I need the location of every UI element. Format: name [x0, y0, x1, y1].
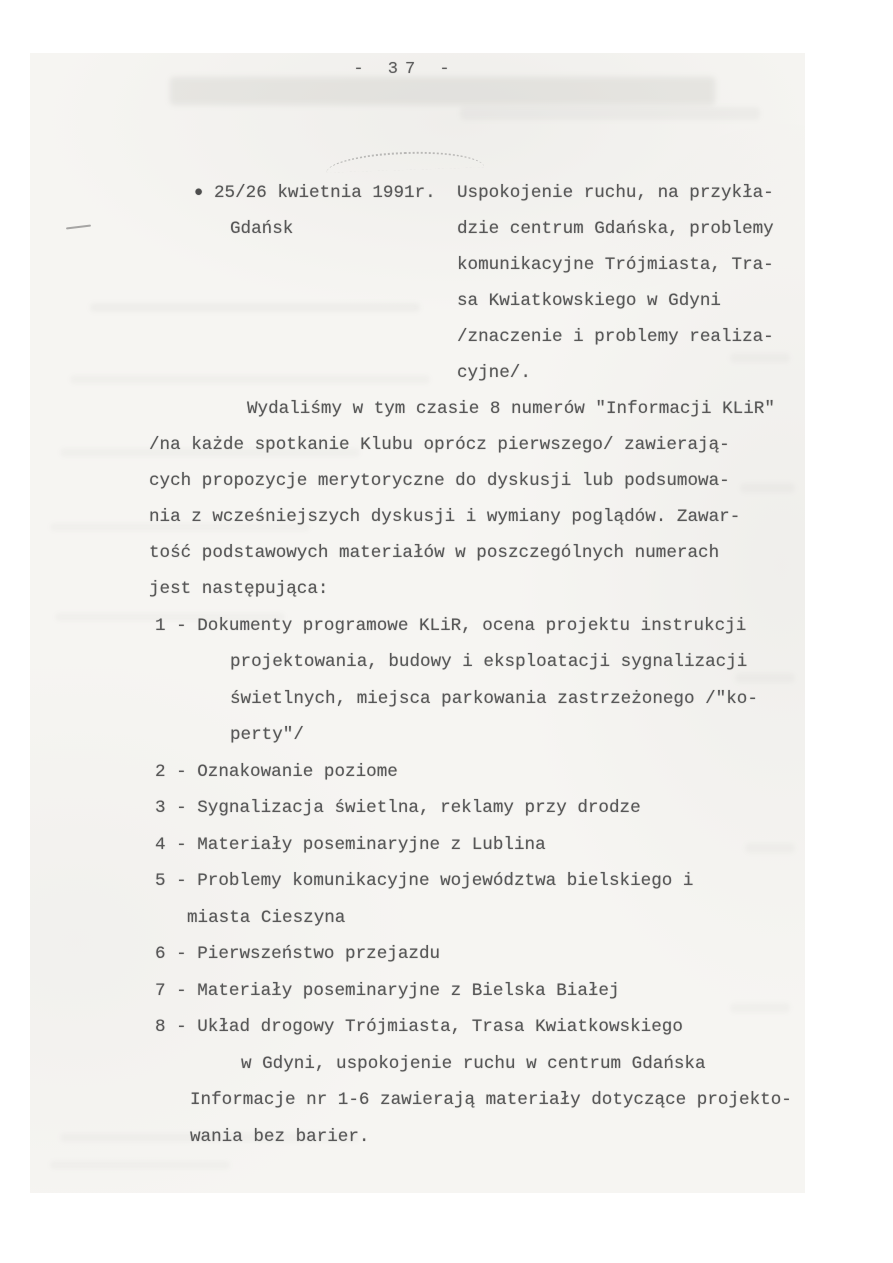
bleedthrough-artifact	[70, 375, 430, 384]
issue-line: świetlnych, miejsca parkowania zastrzeżo…	[230, 688, 758, 710]
bleedthrough-artifact	[745, 843, 795, 853]
issue-line: w Gdyni, uspokojenie ruchu w centrum Gda…	[241, 1053, 706, 1075]
issue-line: 3 - Sygnalizacja świetlna, reklamy przy …	[155, 797, 641, 819]
bleedthrough-artifact	[50, 1161, 230, 1169]
meeting-city: Gdańsk	[230, 218, 293, 240]
issue-line: 6 - Pierwszeństwo przejazdu	[155, 943, 440, 965]
issue-line: 5 - Problemy komunikacyjne województwa b…	[155, 870, 693, 892]
intro-line: tość podstawowych materiałów w poszczegó…	[149, 542, 719, 564]
scanned-document-viewport: - 37 - ● 25/26 kwietnia 1991r. Gdańsk Us…	[0, 0, 893, 1263]
margin-dash-mark	[66, 224, 91, 229]
issue-line: 8 - Układ drogowy Trójmiasta, Trasa Kwia…	[155, 1016, 683, 1038]
issue-line: 4 - Materiały poseminaryjne z Lublina	[155, 834, 546, 856]
meeting-topic-line: dzie centrum Gdańska, problemy	[457, 218, 774, 240]
bleedthrough-artifact	[730, 353, 790, 363]
meeting-topic-line: komunikacyjne Trójmiasta, Tra-	[457, 254, 774, 276]
closing-line: wania bez barier.	[190, 1126, 370, 1148]
intro-line: jest następująca:	[149, 578, 329, 600]
issue-line: perty"/	[230, 724, 304, 746]
pencil-mark	[326, 149, 485, 173]
bleedthrough-artifact	[730, 1003, 790, 1013]
meeting-topic-line: Uspokojenie ruchu, na przykła-	[457, 182, 774, 204]
meeting-topic-line: sa Kwiatkowskiego w Gdyni	[457, 290, 721, 312]
bleedthrough-artifact	[740, 483, 795, 493]
page-number: - 37 -	[330, 60, 480, 79]
intro-line: Wydaliśmy w tym czasie 8 numerów "Inform…	[247, 398, 775, 420]
bleedthrough-artifact	[90, 303, 420, 312]
meeting-topic-line: /znaczenie i problemy realiza-	[457, 326, 774, 348]
scanned-page: - 37 - ● 25/26 kwietnia 1991r. Gdańsk Us…	[30, 53, 805, 1193]
issue-line: miasta Cieszyna	[187, 907, 345, 929]
entry-bullet-icon: ●	[194, 184, 203, 201]
bleedthrough-artifact	[170, 77, 715, 105]
issue-line: projektowania, budowy i eksploatacji syg…	[230, 651, 747, 673]
issue-line: 7 - Materiały poseminaryjne z Bielska Bi…	[155, 980, 620, 1002]
issue-line: 2 - Oznakowanie poziome	[155, 761, 398, 783]
bleedthrough-artifact	[460, 107, 760, 120]
closing-line: Informacje nr 1-6 zawierają materiały do…	[190, 1089, 792, 1111]
intro-line: /na każde spotkanie Klubu oprócz pierwsz…	[149, 434, 730, 456]
intro-line: cych propozycje merytoryczne do dyskusji…	[149, 470, 730, 492]
bleedthrough-artifact	[735, 673, 795, 683]
issue-line: 1 - Dokumenty programowe KLiR, ocena pro…	[155, 615, 746, 637]
meeting-date: 25/26 kwietnia 1991r.	[214, 182, 436, 204]
meeting-topic-line: cyjne/.	[457, 362, 531, 384]
intro-line: nia z wcześniejszych dyskusji i wymiany …	[149, 506, 740, 528]
